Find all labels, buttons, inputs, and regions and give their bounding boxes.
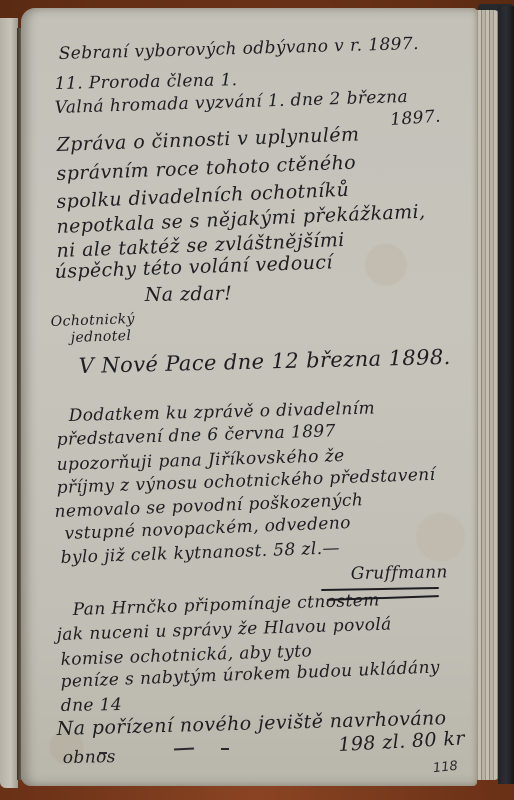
signature: Gruffmann xyxy=(351,562,448,584)
header-line-4: 1897. xyxy=(390,107,442,130)
signature-underline xyxy=(321,587,439,591)
addendum-line-2: představení dne 6 června 1897 xyxy=(56,421,336,450)
proposal-line-7: obnos xyxy=(63,747,116,768)
stacked-page-edges xyxy=(474,10,500,780)
photo-scene: Sebraní vyborových odbývano v r. 1897. 1… xyxy=(0,0,514,800)
filler-dash xyxy=(99,752,107,754)
report-line-1: Zpráva o činnosti v uplynulém xyxy=(56,123,359,156)
proposal-line-2: jak nuceni u správy že Hlavou povolá xyxy=(56,614,392,645)
header-line-2: 11. Proroda člena 1. xyxy=(55,70,238,94)
header-line-1: Sebraní vyborových odbývano v r. 1897. xyxy=(58,34,419,64)
report-closing: Na zdar! xyxy=(145,282,233,306)
filler-dash xyxy=(221,748,229,750)
left-facing-page-edge xyxy=(0,18,18,788)
book-cover-spine xyxy=(498,6,514,784)
addendum-line-7: bylo již celk kytnanost. 58 zl.— xyxy=(60,538,340,568)
filler-dash xyxy=(174,747,194,750)
margin-note-line-2: jednotel xyxy=(70,328,131,346)
margin-note-line-1: Ochotnický xyxy=(50,311,135,330)
page-number: 118 xyxy=(432,759,458,777)
proposal-line-5: dne 14 xyxy=(61,695,123,716)
place-date-line: V Nové Pace dne 12 března 1898. xyxy=(78,345,451,378)
ledger-page: Sebraní vyborových odbývano v r. 1897. 1… xyxy=(21,8,477,786)
proposal-amount: 198 zl. 80 kr xyxy=(338,727,465,756)
